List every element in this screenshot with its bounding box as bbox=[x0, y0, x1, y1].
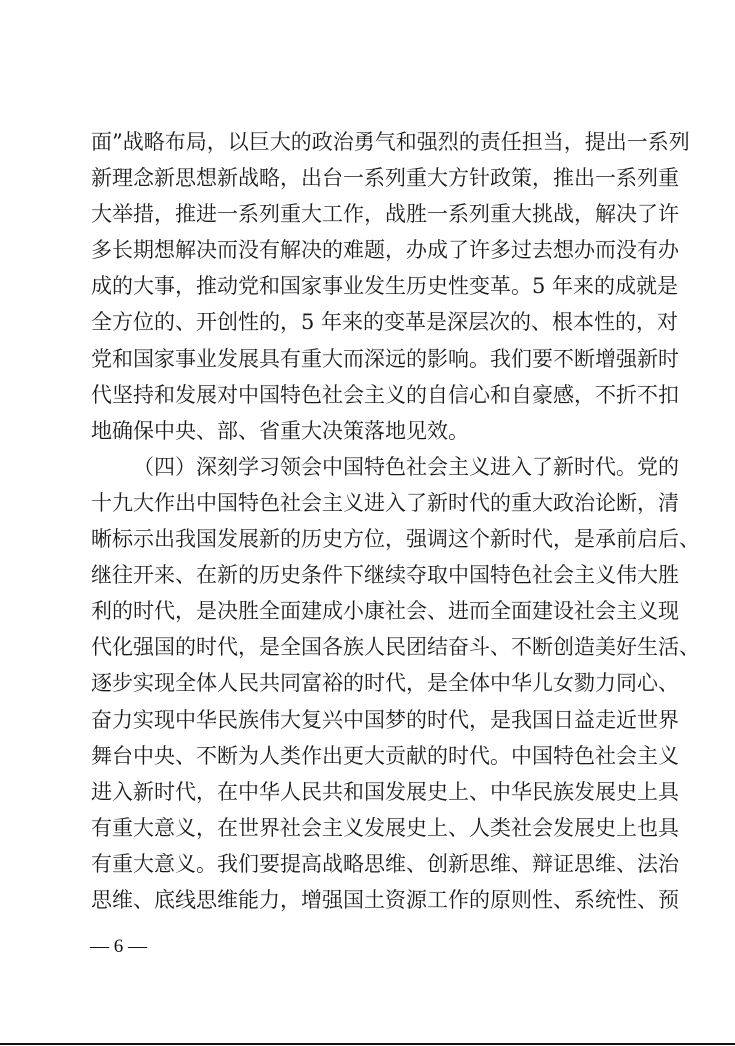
text-line: 晰标示出我国发展新的历史方位，强调这个新时代，是承前启后、 bbox=[91, 521, 647, 557]
document-page: 面”战略布局，以巨大的政治勇气和强烈的责任担当，提出一系列 新理念新思想新战略，… bbox=[0, 0, 735, 1046]
text-line: 思维、底线思维能力，增强国土资源工作的原则性、系统性、预 bbox=[91, 882, 647, 918]
text-line: 舞台中央、不断为人类作出更大贡献的时代。中国特色社会主义 bbox=[91, 738, 647, 774]
text-line: 面”战略布局，以巨大的政治勇气和强烈的责任担当，提出一系列 bbox=[91, 124, 647, 160]
text-line: 新理念新思想新战略，出台一系列重大方针政策，推出一系列重 bbox=[91, 160, 647, 196]
text-line: 地确保中央、部、省重大决策落地见效。 bbox=[91, 413, 647, 449]
text-line: 代坚持和发展对中国特色社会主义的自信心和自豪感，不折不扣 bbox=[91, 377, 647, 413]
body-text: 面”战略布局，以巨大的政治勇气和强烈的责任担当，提出一系列 新理念新思想新战略，… bbox=[91, 124, 647, 918]
text-line: 逐步实现全体人民共同富裕的时代，是全体中华儿女勠力同心、 bbox=[91, 665, 647, 701]
text-line: 大举措，推进一系列重大工作，战胜一系列重大挑战，解决了许 bbox=[91, 196, 647, 232]
page-bottom-border bbox=[0, 1043, 735, 1045]
text-line: 多长期想解决而没有解决的难题，办成了许多过去想办而没有办 bbox=[91, 232, 647, 268]
text-line: 代化强国的时代，是全国各族人民团结奋斗、不断创造美好生活、 bbox=[91, 629, 647, 665]
text-line: 有重大意义，在世界社会主义发展史上、人类社会发展史上也具 bbox=[91, 810, 647, 846]
text-line: 十九大作出中国特色社会主义进入了新时代的重大政治论断，清 bbox=[91, 485, 647, 521]
section-heading-line: （四）深刻学习领会中国特色社会主义进入了新时代。党的 bbox=[91, 449, 647, 485]
text-line: 党和国家事业发展具有重大而深远的影响。我们要不断增强新时 bbox=[91, 341, 647, 377]
text-line: 利的时代，是决胜全面建成小康社会、进而全面建设社会主义现 bbox=[91, 593, 647, 629]
text-line: 继往开来、在新的历史条件下继续夺取中国特色社会主义伟大胜 bbox=[91, 557, 647, 593]
text-line: 全方位的、开创性的，5 年来的变革是深层次的、根本性的，对 bbox=[91, 304, 647, 340]
text-line: 奋力实现中华民族伟大复兴中国梦的时代，是我国日益走近世界 bbox=[91, 702, 647, 738]
text-line: 进入新时代，在中华人民共和国发展史上、中华民族发展史上具 bbox=[91, 774, 647, 810]
text-line: 有重大意义。我们要提高战略思维、创新思维、辩证思维、法治 bbox=[91, 846, 647, 882]
text-line: 成的大事，推动党和国家事业发生历史性变革。5 年来的成就是 bbox=[91, 268, 647, 304]
page-number: — 6 — bbox=[90, 935, 147, 959]
